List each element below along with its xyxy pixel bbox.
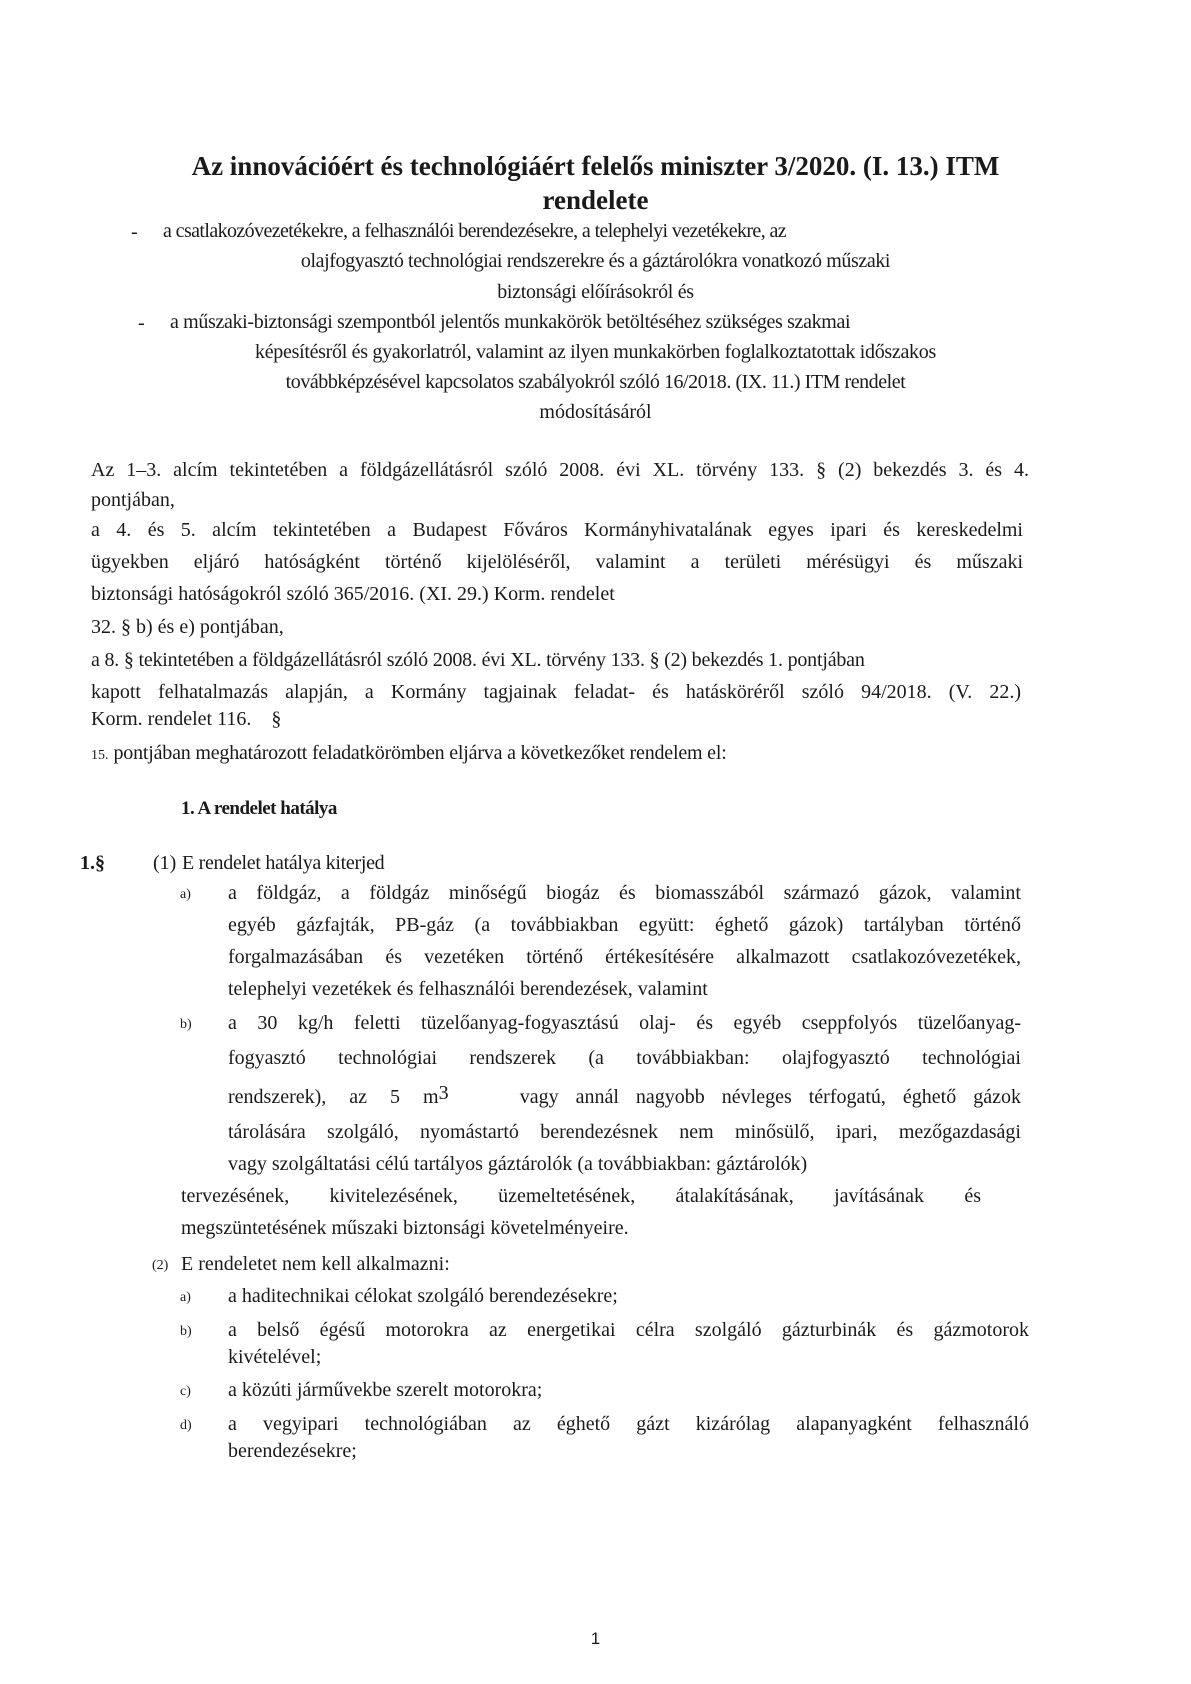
exclusion-a-label: a): [180, 1286, 191, 1310]
point-b-line-5: vagy szolgáltatási célú tartályos gáztár…: [228, 1152, 807, 1176]
superscript-3: 3: [439, 1082, 449, 1104]
subsection-1-label: (1): [153, 851, 176, 875]
closing-line-2: megszüntetésének műszaki biztonsági köve…: [181, 1216, 629, 1240]
point-b-line-3-start: rendszerek), az 5 m3: [228, 1085, 449, 1109]
exclusion-b-line-2: kivételével;: [228, 1345, 321, 1369]
page-number: 1: [0, 1627, 1191, 1651]
preamble-line-2: pontjában,: [91, 488, 175, 512]
subtitle-dash-1: -: [131, 221, 138, 244]
subtitle-dash-2: -: [138, 312, 145, 335]
point-a-line-2: egyéb gázfajták, PB-gáz (a továbbiakban …: [228, 913, 1021, 939]
preamble-line-1: Az 1–3. alcím tekintetében a földgázellá…: [91, 458, 1029, 484]
exclusion-d-label: d): [180, 1414, 192, 1438]
exclusion-b-line-1: a belső égésű motorokra az energetikai c…: [228, 1318, 1029, 1344]
subtitle-item2-line-4: módosításáról: [0, 400, 1191, 424]
point-a-line-1: a földgáz, a földgáz minőségű biogáz és …: [228, 881, 1021, 907]
preamble-line-10: 15. pontjában meghatározott feladatköröm…: [91, 741, 727, 768]
exclusion-c-text: a közúti járművekbe szerelt motorokra;: [228, 1378, 542, 1402]
preamble-line-6: 32. § b) és e) pontjában,: [91, 615, 284, 639]
document-title-line-1: Az innovációért és technológiáért felelő…: [0, 150, 1191, 182]
subsection-2-label: (2): [152, 1254, 168, 1278]
subtitle-item1-line-3: biztonsági előírásokról és: [0, 280, 1191, 304]
point-b-line-3: rendszerek), az 5 m3 vagy annál nagyobb …: [228, 1085, 1021, 1109]
point-b-line-1: a 30 kg/h feletti tüzelőanyag-fogyasztás…: [228, 1011, 1021, 1037]
subtitle-item2-line-3: továbbképzésével kapcsolatos szabályokró…: [0, 370, 1191, 394]
section-heading: 1. A rendelet hatálya: [181, 797, 337, 821]
preamble-final-text: pontjában meghatározott feladatkörömben …: [114, 742, 727, 764]
point-b-line-2: fogyasztó technológiai rendszerek (a tov…: [228, 1046, 1021, 1072]
point-b-line-3-end: vagy annál nagyobb névleges térfogatú, é…: [520, 1085, 1021, 1109]
exclusion-a-text: a haditechnikai célokat szolgáló berende…: [228, 1284, 618, 1308]
subtitle-item2-line-1: a műszaki-biztonsági szempontból jelentő…: [170, 310, 850, 334]
preamble-line-8: kapott felhatalmazás alapján, a Kormány …: [91, 680, 1021, 706]
exclusion-d-line-2: berendezésekre;: [228, 1439, 357, 1463]
subsection-2-text: E rendeletet nem kell alkalmazni:: [181, 1252, 450, 1276]
preamble-line-3: a 4. és 5. alcím tekintetében a Budapest…: [91, 518, 1023, 544]
point-b-label: b): [180, 1013, 192, 1037]
point-a-label: a): [180, 883, 191, 907]
exclusion-b-label: b): [180, 1320, 192, 1344]
preamble-point-number: 15.: [91, 748, 109, 763]
document-title-line-2: rendelete: [0, 184, 1191, 216]
exclusion-c-label: c): [180, 1380, 191, 1404]
exclusion-d-line-1: a vegyipari technológiában az éghető gáz…: [228, 1412, 1029, 1438]
preamble-line-9: Korm. rendelet 116. §: [91, 707, 281, 731]
subtitle-item1-line-2: olajfogyasztó technológiai rendszerekre …: [0, 249, 1191, 273]
subsection-1-text: E rendelet hatálya kiterjed: [182, 851, 384, 875]
preamble-line-5: biztonsági hatóságokról szóló 365/2016. …: [91, 582, 615, 606]
point-b-line-4: tárolására szolgáló, nyomástartó berende…: [228, 1120, 1021, 1146]
point-a-line-4: telephelyi vezetékek és felhasználói ber…: [228, 977, 708, 1001]
subtitle-item1-line-1: a csatlakozóvezetékekre, a felhasználói …: [163, 219, 963, 243]
section-mark: 1.§: [80, 851, 105, 875]
point-a-line-3: forgalmazásában és vezetéken történő ért…: [228, 945, 1021, 971]
preamble-line-7: a 8. § tekintetében a földgázellátásról …: [91, 648, 865, 672]
preamble-line-4: ügyekben eljáró hatóságként történő kije…: [91, 550, 1023, 576]
document-page: Az innovációért és technológiáért felelő…: [0, 0, 1191, 1684]
subtitle-item2-line-2: képesítésről és gyakorlatról, valamint a…: [0, 340, 1191, 364]
closing-line-1: tervezésének, kivitelezésének, üzemeltet…: [181, 1184, 981, 1210]
